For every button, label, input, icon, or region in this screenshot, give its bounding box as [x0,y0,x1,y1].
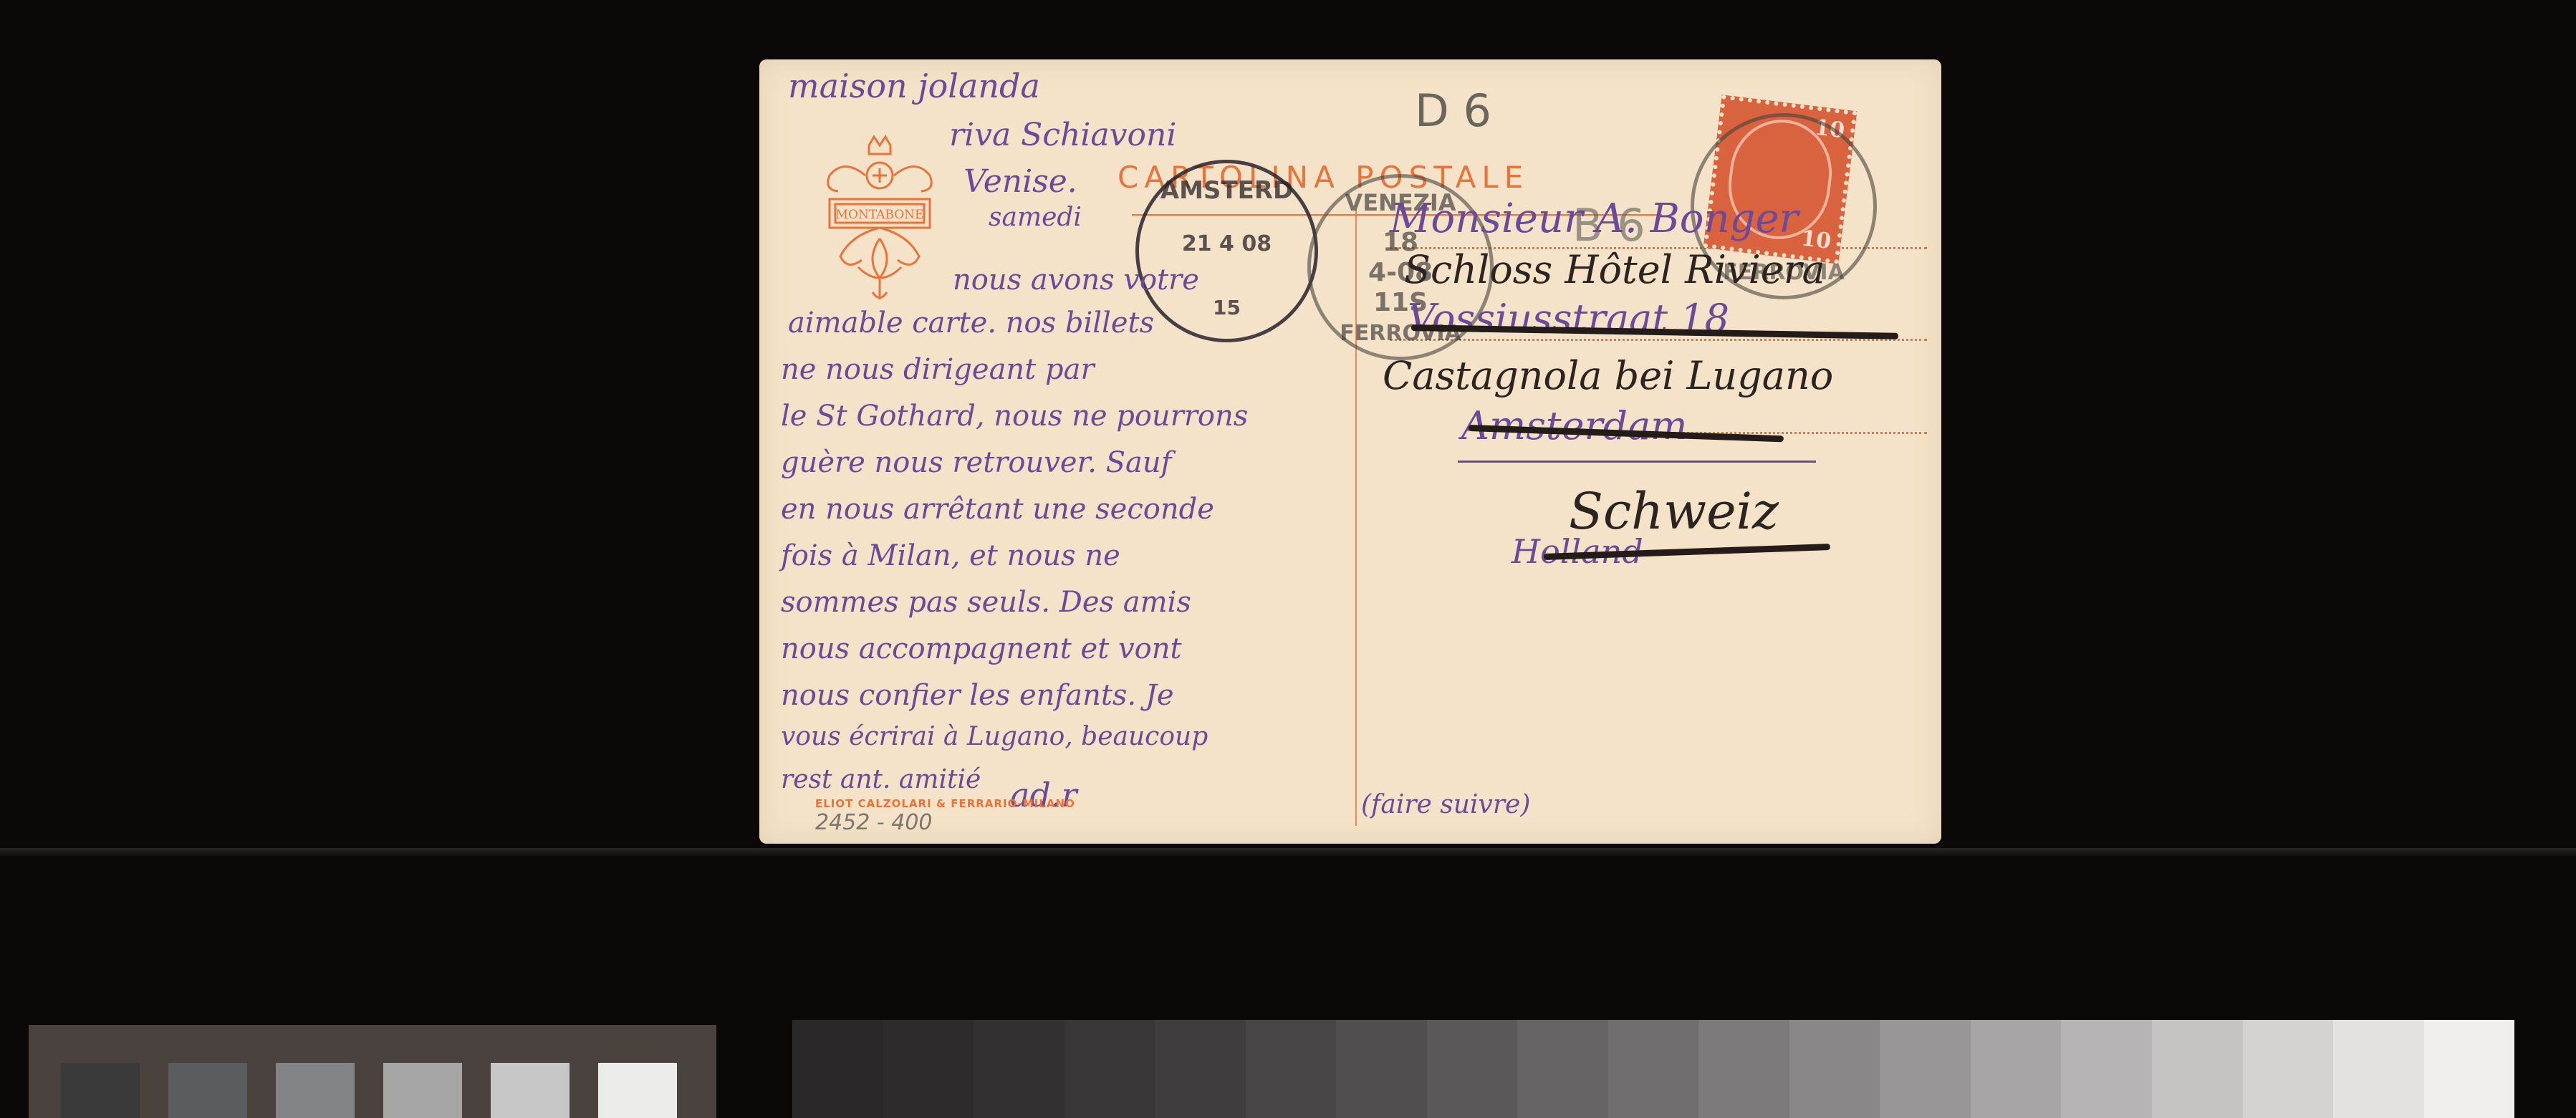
grey-step [1608,1020,1699,1118]
grey-step [1155,1020,1246,1118]
svg-text:MONTABONE: MONTABONE [836,208,924,222]
backdrop-edge [0,848,2576,857]
grey-patch [383,1063,462,1118]
grey-step [1971,1020,2062,1118]
grey-patch [491,1063,569,1118]
grey-step [1789,1020,1880,1118]
address-line4: Castagnola bei Lugano [1383,353,1833,398]
grey-patch [168,1063,247,1118]
grey-step [2243,1020,2334,1118]
header-line: riva Schiavoni [949,117,1176,153]
grey-step [883,1020,974,1118]
grey-step [1517,1020,1608,1118]
grey-step-wedge [792,1020,2514,1118]
mark-d6: D 6 [1415,85,1491,137]
postcard: MONTABONE CARTOLINA POSTALE 10 10 AMSTER… [759,59,1941,844]
grey-patch [61,1063,140,1118]
address-line2: Schloss Hôtel Riviera [1404,247,1825,292]
inventory-number: 2452 - 400 [815,810,933,835]
header-line: samedi [989,203,1082,232]
grey-step [1064,1020,1155,1118]
grey-step [2061,1020,2152,1118]
grey-patch [276,1063,355,1118]
grey-patch-card [29,1025,716,1118]
grey-step [974,1020,1064,1118]
grey-step [792,1020,883,1118]
forward-note: (faire suivre) [1361,790,1530,819]
grey-step [2333,1020,2424,1118]
grey-step [1698,1020,1789,1118]
grey-step [1336,1020,1427,1118]
recipient: Monsieur A. Bonger [1390,196,1798,242]
header-line: maison jolanda [788,67,1040,105]
printer-imprint: ELIOT CALZOLARI & FERRARIO-MILANO [815,797,1075,810]
purple-underline [1458,461,1816,463]
montabone-logo-icon: MONTABONE [815,131,944,310]
grey-step [1880,1020,1971,1118]
grey-step [1427,1020,1518,1118]
grey-step [2424,1020,2515,1118]
grey-patch [598,1063,677,1118]
grey-step [1246,1020,1337,1118]
header-line: Venise. [963,163,1077,200]
postmark-amsterdam: AMSTERD 21 4 08 15 [1135,160,1318,342]
grey-step [2152,1020,2243,1118]
